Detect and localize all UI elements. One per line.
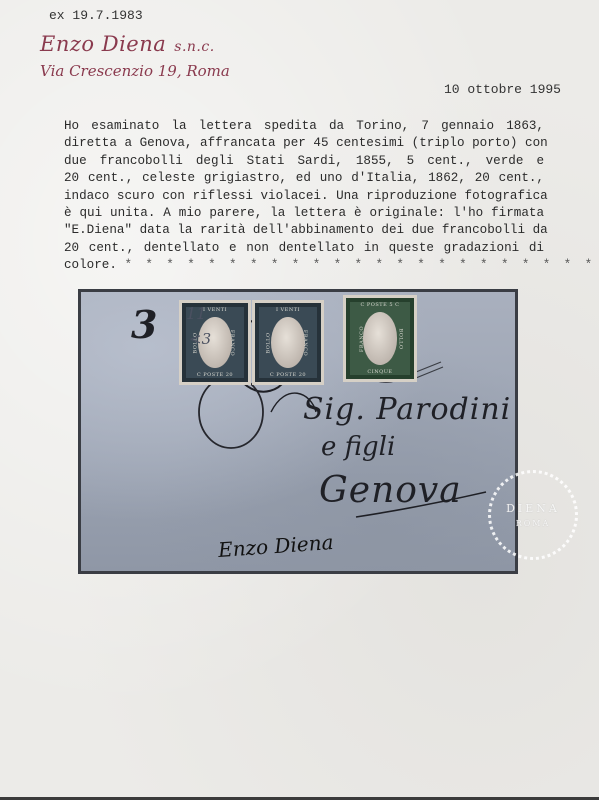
cert-line: diretta a Genova, affrancata per 45 cent… — [64, 135, 544, 152]
letterhead: Enzo Dienas.n.c. Via Crescenzio 19, Roma — [40, 32, 230, 80]
stamp-text: BOLLO — [397, 328, 403, 349]
stamp-text: CINQUE — [367, 369, 392, 375]
cert-line: due francobolli degli Stati Sardi, 1855,… — [64, 153, 544, 170]
firm-suffix: s.n.c. — [174, 39, 214, 55]
stamp-text: FRANCO — [229, 329, 235, 355]
cert-line: "E.Diena" data la rarità dell'abbinament… — [64, 222, 544, 239]
cert-line: indaco scuro con riflessi violacei. Una … — [64, 188, 544, 205]
seal-line1: DIENA — [506, 502, 560, 515]
certificate-body: Ho esaminato la lettera spedita da Torin… — [64, 118, 544, 275]
addressee: Sig. Parodini — [303, 392, 511, 427]
stamp-text: C POSTE 5 C — [361, 302, 400, 308]
addressee-line2: e figli — [321, 432, 395, 462]
star-filler: * * * * * * * * * * * * * * * * * * * * … — [124, 258, 599, 272]
destination-city: Genova — [319, 470, 462, 511]
stamp-text: BOLLO — [266, 332, 272, 353]
stamp-portrait — [363, 312, 398, 365]
cert-last-word: colore. — [64, 258, 117, 272]
stamp-5c-green: C POSTE 5 C CINQUE FRANCO BOLLO — [343, 295, 417, 382]
provenance-note: ex 19.7.1983 — [49, 8, 143, 23]
firm-name: Enzo Dienas.n.c. — [40, 32, 230, 56]
firm-name-text: Enzo Diena — [40, 32, 166, 56]
stamp-text: FRANCO — [359, 325, 365, 351]
cover-photograph: I VENTI C POSTE 20 BOLLO FRANCO I VENTI … — [78, 289, 518, 574]
cert-line: 20 cent., celeste grigiastro, ed uno d'I… — [64, 170, 544, 187]
cert-line: Ho esaminato la lettera spedita da Torin… — [64, 118, 544, 135]
stamp-text: C POSTE 20 — [270, 372, 306, 378]
stamp-text: FRANCO — [302, 329, 308, 355]
stamp-text: C POSTE 20 — [197, 372, 233, 378]
cert-line: è qui unita. A mio parere, la lettera è … — [64, 205, 544, 222]
embossed-seal: DIENA ROMA — [488, 470, 578, 560]
certificate-date: 10 ottobre 1995 — [444, 82, 561, 97]
seal-line2: ROMA — [516, 519, 551, 528]
rate-mark: 3 — [131, 302, 157, 347]
cert-line-final: colore. * * * * * * * * * * * * * * * * … — [64, 257, 544, 274]
firm-address: Via Crescenzio 19, Roma — [40, 62, 230, 80]
stamp-portrait — [271, 317, 305, 368]
stamp-20c-blue-right: I VENTI C POSTE 20 BOLLO FRANCO — [252, 300, 324, 385]
pencil-note: <3 — [189, 330, 211, 348]
pencil-note: 11 — [186, 304, 206, 323]
cert-line: 20 cent., dentellato e non dentellato in… — [64, 240, 544, 257]
stamp-text: I VENTI — [276, 307, 300, 313]
stamp-text: I VENTI — [203, 307, 227, 313]
